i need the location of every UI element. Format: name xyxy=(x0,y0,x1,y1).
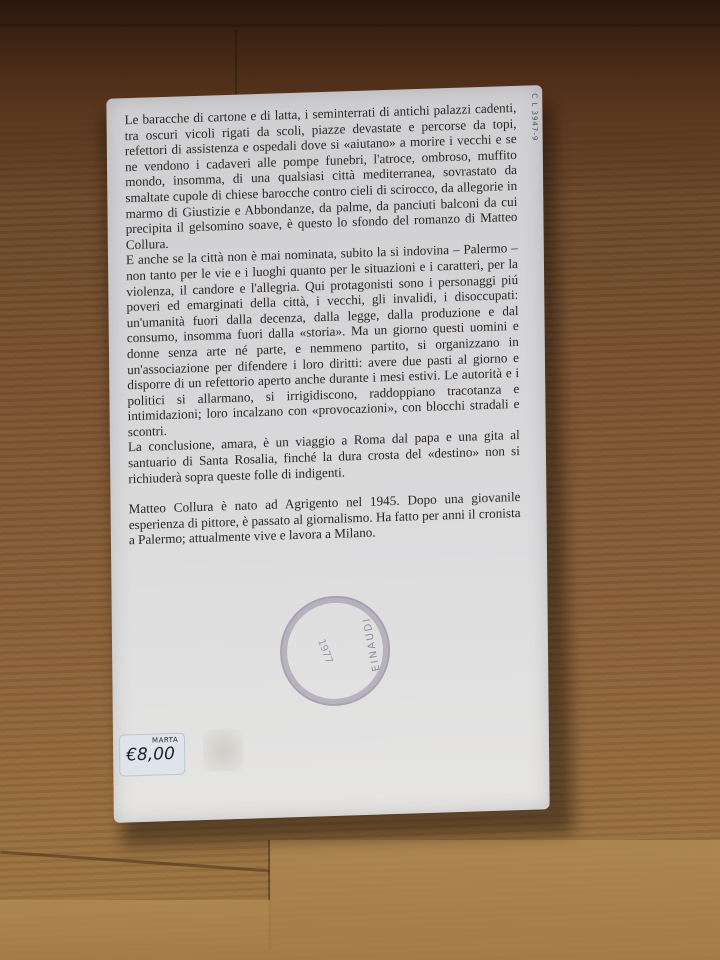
stamp-text: EINAUDI xyxy=(362,616,383,673)
stamp-date: 1977 xyxy=(315,638,334,666)
catalog-code: C L 3947-9 xyxy=(530,93,538,141)
blurb-paragraph: Le baracche di cartone e di latta, i sem… xyxy=(124,100,517,253)
author-bio: Matteo Collura è nato ad Agrigento nel 1… xyxy=(129,489,521,548)
blurb-paragraph: E anche se la città non è mai nominata, … xyxy=(126,240,520,439)
price-sticker: MARTA €8,00 xyxy=(119,733,185,777)
sticker-residue xyxy=(203,729,243,772)
plank-light-area xyxy=(270,840,720,960)
publisher-stamp: EINAUDI 1977 xyxy=(271,586,399,716)
price-value: €8,00 xyxy=(126,744,175,766)
plank-light-area xyxy=(0,900,270,960)
plank-seam xyxy=(0,24,720,27)
blurb-text: Le baracche di cartone e di latta, i sem… xyxy=(124,100,520,548)
book-back-cover: C L 3947-9 Le baracche di cartone e di l… xyxy=(106,85,549,823)
